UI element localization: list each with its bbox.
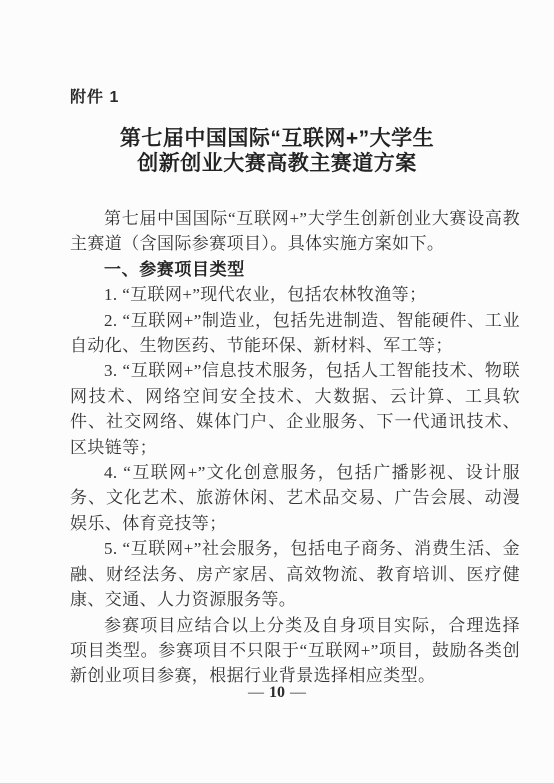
list-item-2-manufacturing: 2. “互联网+”制造业，包括先进制造、智能硬件、工业自动化、生物医药、节能环保…	[70, 308, 520, 359]
section-heading-project-types: 一、参赛项目类型	[70, 257, 520, 282]
list-item-4-cultural-creative-services: 4. “互联网+”文化创意服务，包括广播影视、设计服务、文化艺术、旅游休闲、艺术…	[70, 460, 520, 536]
document-body: 第七届中国国际“互联网+”大学生创新创业大赛设高教主赛道（含国际参赛项目）。具体…	[70, 206, 520, 689]
intro-paragraph: 第七届中国国际“互联网+”大学生创新创业大赛设高教主赛道（含国际参赛项目）。具体…	[70, 206, 520, 257]
document-page: 附件 1 第七届中国国际“互联网+”大学生 创新创业大赛高教主赛道方案 第七届中…	[0, 0, 554, 783]
list-item-3-it-services: 3. “互联网+”信息技术服务，包括人工智能技术、物联网技术、网络空间安全技术、…	[70, 358, 520, 460]
attachment-label: 附件 1	[70, 84, 119, 107]
page-number: 10	[269, 684, 285, 702]
list-item-1-modern-agriculture: 1. “互联网+”现代农业，包括农林牧渔等；	[70, 282, 520, 307]
list-item-5-social-services: 5. “互联网+”社会服务，包括电子商务、消费生活、金融、财经法务、房产家居、高…	[70, 536, 520, 612]
closing-paragraph: 参赛项目应结合以上分类及自身项目实际，合理选择项目类型。参赛项目不只限于“互联网…	[70, 613, 520, 689]
document-title-line-2: 创新创业大赛高教主赛道方案	[0, 151, 554, 176]
footer-dash-right: —	[290, 684, 306, 702]
footer-dash-left: —	[248, 684, 264, 702]
document-title: 第七届中国国际“互联网+”大学生 创新创业大赛高教主赛道方案	[0, 126, 554, 176]
document-title-line-1: 第七届中国国际“互联网+”大学生	[0, 126, 554, 151]
page-footer: —10—	[0, 684, 554, 702]
